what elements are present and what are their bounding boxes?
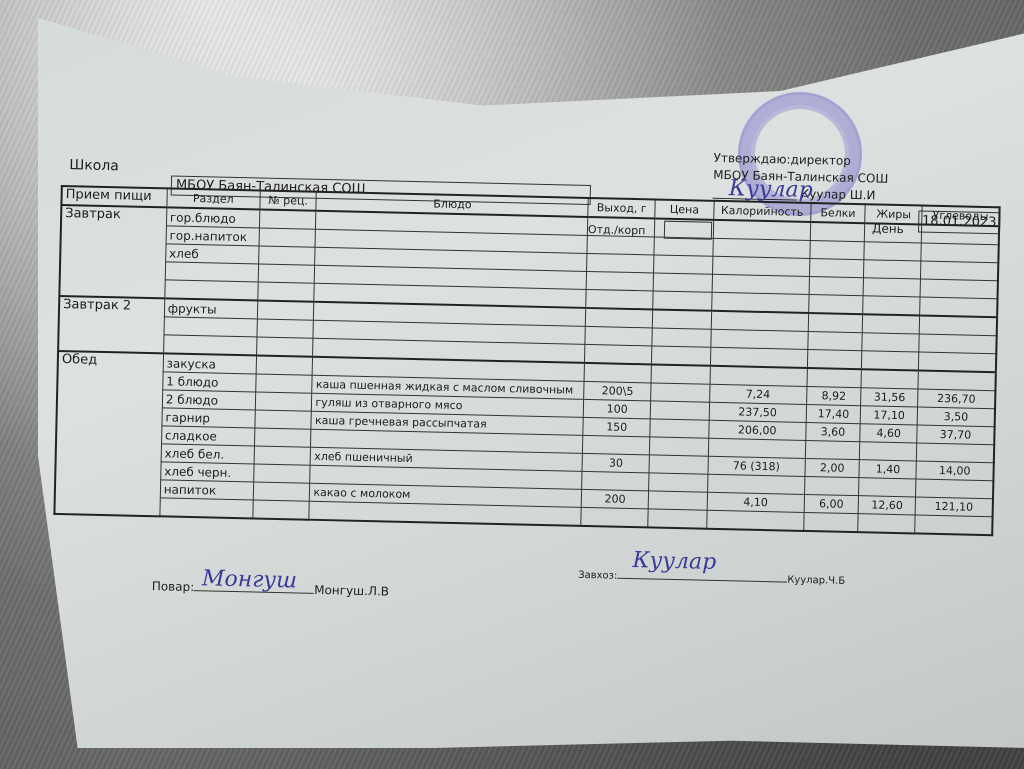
cell-carbs <box>919 352 997 372</box>
cell-calories <box>711 292 808 313</box>
cell-protein <box>809 258 864 277</box>
cell-recipe <box>253 500 310 520</box>
column-header: Выход, г <box>588 198 655 219</box>
cell-yield: 150 <box>583 417 650 437</box>
cell-calories <box>712 256 809 276</box>
cell-carbs: 121,10 <box>915 497 993 517</box>
cell-yield <box>586 289 653 309</box>
cell-price <box>650 437 709 456</box>
meal-name: Завтрак <box>59 205 166 298</box>
cell-recipe <box>253 464 310 483</box>
cook-label: Повар: <box>152 579 195 594</box>
cell-recipe <box>259 228 316 247</box>
cell-protein <box>805 440 860 459</box>
cell-section: 1 блюдо <box>163 372 256 392</box>
cell-yield <box>582 471 649 491</box>
cell-yield: 100 <box>584 399 651 419</box>
cell-recipe <box>253 482 310 501</box>
column-header: Калорийность <box>714 201 811 222</box>
cell-calories <box>713 220 810 241</box>
cell-carbs <box>919 334 997 354</box>
cell-yield <box>587 235 654 255</box>
cell-price <box>652 328 711 347</box>
cell-price <box>652 346 711 366</box>
cell-price <box>650 419 709 438</box>
cell-fat <box>862 333 919 352</box>
cell-carbs: 37,70 <box>917 425 995 445</box>
cell-yield <box>586 308 653 328</box>
cell-section: сладкое <box>161 426 254 446</box>
cell-recipe <box>254 446 311 465</box>
menu-table: Прием пищиРаздел№ рец.БлюдоВыход, гЦенаК… <box>53 185 1000 536</box>
cell-recipe <box>254 428 311 447</box>
cell-carbs: 14,00 <box>916 461 994 481</box>
column-header: № рец. <box>260 191 317 211</box>
cell-fat <box>859 478 916 497</box>
cell-carbs <box>915 515 993 535</box>
cell-section: напиток <box>160 480 253 500</box>
cell-recipe <box>256 337 313 357</box>
cell-yield <box>586 271 653 291</box>
cell-protein: 8,92 <box>806 386 861 405</box>
cell-recipe <box>259 210 316 230</box>
cell-fat <box>860 442 917 461</box>
cell-calories <box>707 474 804 494</box>
column-header: Цена <box>655 199 714 219</box>
cell-price <box>649 473 708 492</box>
cell-protein <box>803 512 858 532</box>
cell-price <box>654 255 713 274</box>
cell-section: гарнир <box>162 408 255 428</box>
cell-section <box>164 317 257 337</box>
cell-protein <box>804 476 859 495</box>
cell-price <box>652 309 711 329</box>
cell-recipe <box>258 246 315 265</box>
menu-document: Школа МБОУ Баян-Талинская СОШ Утверждаю:… <box>51 135 1002 646</box>
cell-calories: 7,24 <box>709 384 806 404</box>
cell-section <box>165 280 258 301</box>
cell-price <box>650 401 709 420</box>
cell-section: фрукты <box>164 298 257 319</box>
cell-yield: 30 <box>582 453 649 473</box>
cell-section: гор.напиток <box>166 226 259 246</box>
cell-fat: 17,10 <box>861 406 918 425</box>
cell-fat: 1,40 <box>859 460 916 479</box>
column-header: Прием пищи <box>61 186 167 207</box>
cell-protein <box>807 331 862 350</box>
cell-price <box>651 383 710 402</box>
cell-section: гор.блюдо <box>166 207 259 228</box>
cell-fat <box>861 369 918 389</box>
cell-recipe <box>256 355 313 375</box>
column-header: Жиры <box>865 204 922 224</box>
cell-calories: 237,50 <box>709 402 806 422</box>
column-header: Углеводы <box>922 206 1000 227</box>
cell-fat: 12,60 <box>859 496 916 515</box>
cell-section: хлеб бел. <box>161 444 254 464</box>
cell-carbs <box>921 243 999 263</box>
cell-price <box>653 291 712 311</box>
cell-section: хлеб черн. <box>160 462 253 482</box>
cell-protein: 17,40 <box>806 404 861 423</box>
cell-recipe <box>258 264 315 283</box>
cell-protein <box>808 294 863 314</box>
cell-yield <box>585 326 652 346</box>
cell-recipe <box>255 410 312 429</box>
storekeeper-signature: Куулар <box>632 548 716 575</box>
cell-carbs <box>920 297 998 317</box>
cell-protein <box>810 240 865 259</box>
cell-carbs <box>921 261 999 281</box>
cell-fat <box>863 296 920 316</box>
cell-yield <box>588 217 655 237</box>
cell-fat <box>864 242 921 261</box>
cell-yield: 200\5 <box>584 381 651 401</box>
cell-price <box>649 455 708 474</box>
school-label: Школа <box>69 157 119 174</box>
cell-fat <box>864 260 921 279</box>
cell-calories: 76 (318) <box>708 456 805 476</box>
cell-fat <box>865 223 922 243</box>
cell-recipe <box>257 300 314 320</box>
cell-carbs <box>916 443 994 463</box>
cell-recipe <box>255 374 312 393</box>
cell-calories <box>710 347 807 368</box>
cell-carbs: 3,50 <box>917 407 995 427</box>
director-signature: Куулар <box>729 176 813 203</box>
cell-fat <box>858 514 915 534</box>
cell-yield <box>587 253 654 273</box>
cell-carbs <box>920 279 998 299</box>
cell-fat: 4,60 <box>860 424 917 443</box>
cell-protein <box>807 349 862 369</box>
cook-name: Монгуш.Л.В <box>314 583 389 599</box>
cell-price <box>648 491 707 510</box>
cell-fat <box>862 351 919 371</box>
cell-carbs <box>916 479 994 499</box>
cell-section: 2 блюдо <box>162 390 255 410</box>
cell-fat <box>863 314 920 334</box>
cell-yield: 200 <box>582 489 649 509</box>
cell-calories <box>710 366 807 387</box>
storekeeper-name: Куулар.Ч.Б <box>787 575 845 587</box>
cell-calories <box>711 329 808 349</box>
cook-signature: Монгуш <box>202 566 298 593</box>
cell-price <box>653 273 712 292</box>
cell-calories <box>712 274 809 294</box>
cell-yield <box>585 344 652 364</box>
cell-recipe <box>257 282 314 302</box>
cell-protein: 2,00 <box>805 458 860 477</box>
cell-protein <box>809 276 864 295</box>
cell-calories <box>708 438 805 458</box>
storekeeper-label: Завхоз: <box>578 570 617 582</box>
cell-carbs: 236,70 <box>918 389 996 409</box>
cell-calories <box>713 238 810 258</box>
cell-section <box>165 262 258 282</box>
cell-section: хлеб <box>165 244 258 264</box>
cell-yield <box>583 435 650 455</box>
column-header: Белки <box>810 203 865 223</box>
cell-carbs <box>919 316 997 336</box>
cell-yield <box>581 507 648 527</box>
cell-price <box>654 237 713 256</box>
cell-carbs <box>921 225 999 245</box>
cell-protein <box>807 368 862 388</box>
cell-yield <box>584 363 651 383</box>
cell-section <box>160 498 253 519</box>
cell-protein: 6,00 <box>804 494 859 513</box>
cell-price <box>655 218 714 238</box>
cell-fat <box>863 278 920 297</box>
cell-section: закуска <box>163 353 256 374</box>
column-header: Раздел <box>167 188 260 209</box>
cell-fat: 31,56 <box>861 388 918 407</box>
meal-name: Завтрак 2 <box>58 296 165 353</box>
cell-carbs <box>918 370 996 390</box>
cell-section <box>163 335 256 356</box>
cell-calories: 4,10 <box>707 492 804 512</box>
cell-protein: 3,60 <box>805 422 860 441</box>
cell-protein <box>810 222 865 242</box>
cell-price <box>648 509 707 529</box>
cell-calories: 206,00 <box>709 420 806 440</box>
cell-price <box>651 364 710 384</box>
cell-recipe <box>257 319 314 338</box>
cell-protein <box>808 313 863 333</box>
cell-calories <box>707 510 804 531</box>
cell-recipe <box>255 392 312 411</box>
meal-name: Обед <box>54 351 163 516</box>
cell-calories <box>711 311 808 332</box>
